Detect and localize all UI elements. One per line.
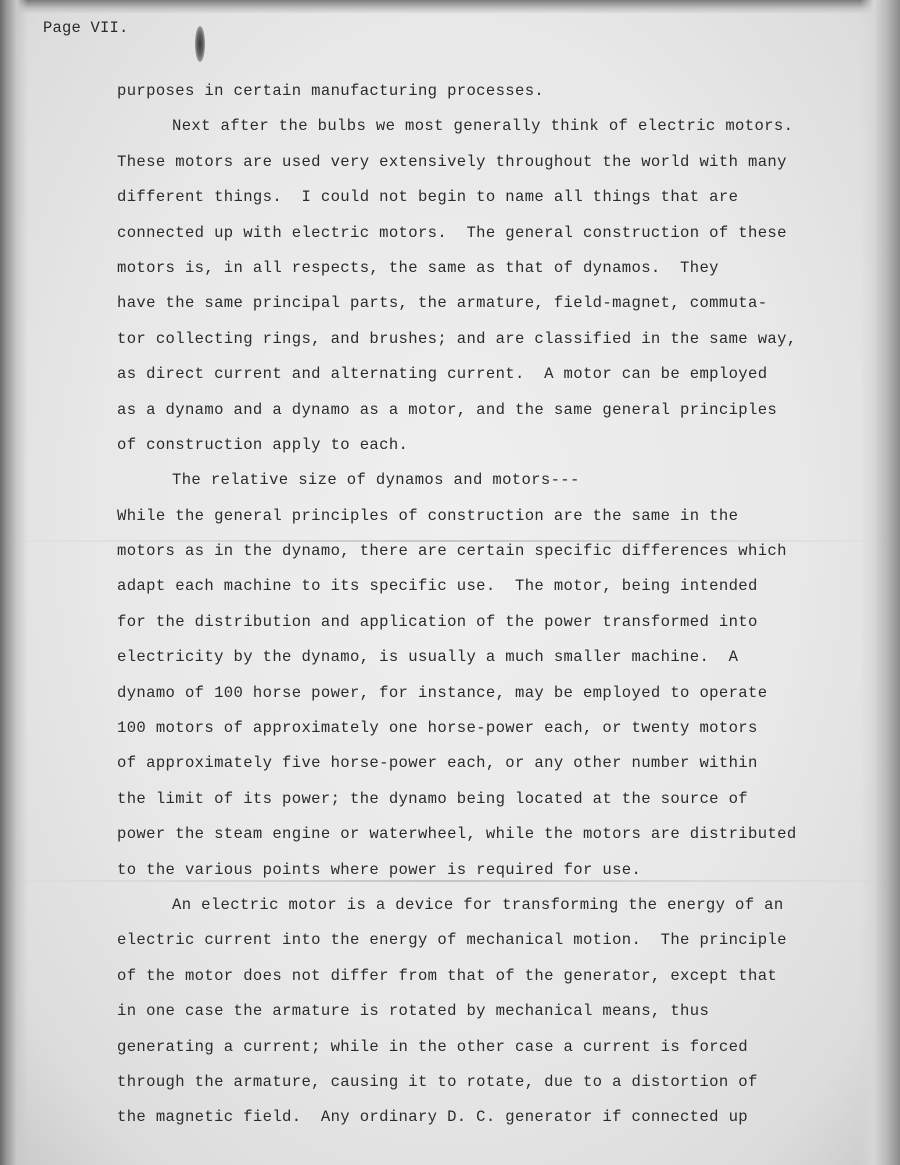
page-edge-top [0,0,900,14]
text-line: These motors are used very extensively t… [117,145,877,180]
text-line: Next after the bulbs we most generally t… [117,109,877,144]
text-line: through the armature, causing it to rota… [117,1065,877,1100]
text-line: in one case the armature is rotated by m… [117,994,877,1029]
text-line: of approximately five horse-power each, … [117,746,877,781]
text-line: of construction apply to each. [117,428,877,463]
text-line: tor collecting rings, and brushes; and a… [117,322,877,357]
text-line: 100 motors of approximately one horse-po… [117,711,877,746]
text-line: different things. I could not begin to n… [117,180,877,215]
text-line: motors is, in all respects, the same as … [117,251,877,286]
text-line: the limit of its power; the dynamo being… [117,782,877,817]
text-line: generating a current; while in the other… [117,1030,877,1065]
text-line: motors as in the dynamo, there are certa… [117,534,877,569]
text-line: for the distribution and application of … [117,605,877,640]
text-line: the magnetic field. Any ordinary D. C. g… [117,1100,877,1135]
text-line: dynamo of 100 horse power, for instance,… [117,676,877,711]
text-line: power the steam engine or waterwheel, wh… [117,817,877,852]
text-line: The relative size of dynamos and motors-… [117,463,877,498]
ink-blot [195,26,205,62]
text-line: have the same principal parts, the armat… [117,286,877,321]
page-number: Page VII. [43,19,129,37]
text-line: of the motor does not differ from that o… [117,959,877,994]
text-line: connected up with electric motors. The g… [117,216,877,251]
page-edge-left [0,0,28,1165]
text-line: purposes in certain manufacturing proces… [117,74,877,109]
typewritten-page: Page VII. purposes in certain manufactur… [0,0,900,1165]
text-line: While the general principles of construc… [117,499,877,534]
text-line: electricity by the dynamo, is usually a … [117,640,877,675]
body-text: purposes in certain manufacturing proces… [117,74,877,1136]
text-line: electric current into the energy of mech… [117,923,877,958]
text-line: adapt each machine to its specific use. … [117,569,877,604]
text-line: as a dynamo and a dynamo as a motor, and… [117,393,877,428]
text-line: as direct current and alternating curren… [117,357,877,392]
text-line: An electric motor is a device for transf… [117,888,877,923]
text-line: to the various points where power is req… [117,853,877,888]
